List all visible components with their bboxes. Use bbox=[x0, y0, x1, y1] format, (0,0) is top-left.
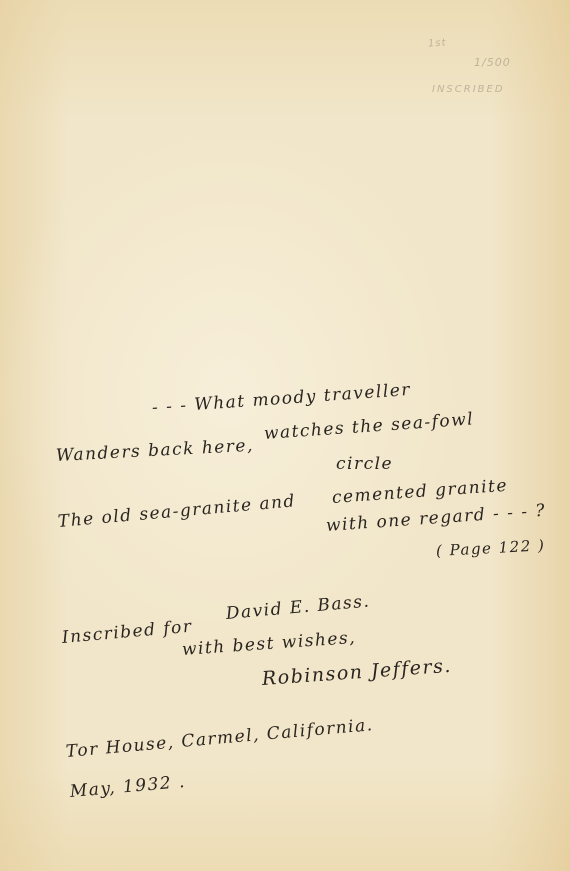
quote-line-3: circle bbox=[336, 454, 393, 474]
quote-line-2b: watches the sea-fowl bbox=[263, 409, 474, 444]
inscription-recipient: David E. Bass. bbox=[225, 591, 371, 624]
pencil-note-limitation: 1/500 bbox=[474, 56, 511, 69]
quote-line-4b: cemented granite bbox=[331, 476, 508, 508]
pencil-note-inscribed: INSCRIBED bbox=[432, 84, 505, 95]
signature: Robinson Jeffers. bbox=[261, 655, 452, 690]
inscription-line-1a: Inscribed for bbox=[61, 617, 193, 648]
quote-line-4a: The old sea-granite and bbox=[57, 491, 297, 532]
inscription-page: 1st 1/500 INSCRIBED - - - What moody tra… bbox=[0, 0, 570, 871]
quote-citation: ( Page 122 ) bbox=[436, 536, 546, 560]
date-line: May, 1932 . bbox=[69, 772, 187, 802]
pencil-note-edition: 1st bbox=[428, 37, 447, 49]
quote-line-1: - - - What moody traveller bbox=[151, 380, 411, 418]
quote-line-2a: Wanders back here, bbox=[55, 436, 254, 466]
inscription-line-2: with best wishes, bbox=[181, 628, 356, 660]
place-line: Tor House, Carmel, California. bbox=[65, 715, 374, 762]
